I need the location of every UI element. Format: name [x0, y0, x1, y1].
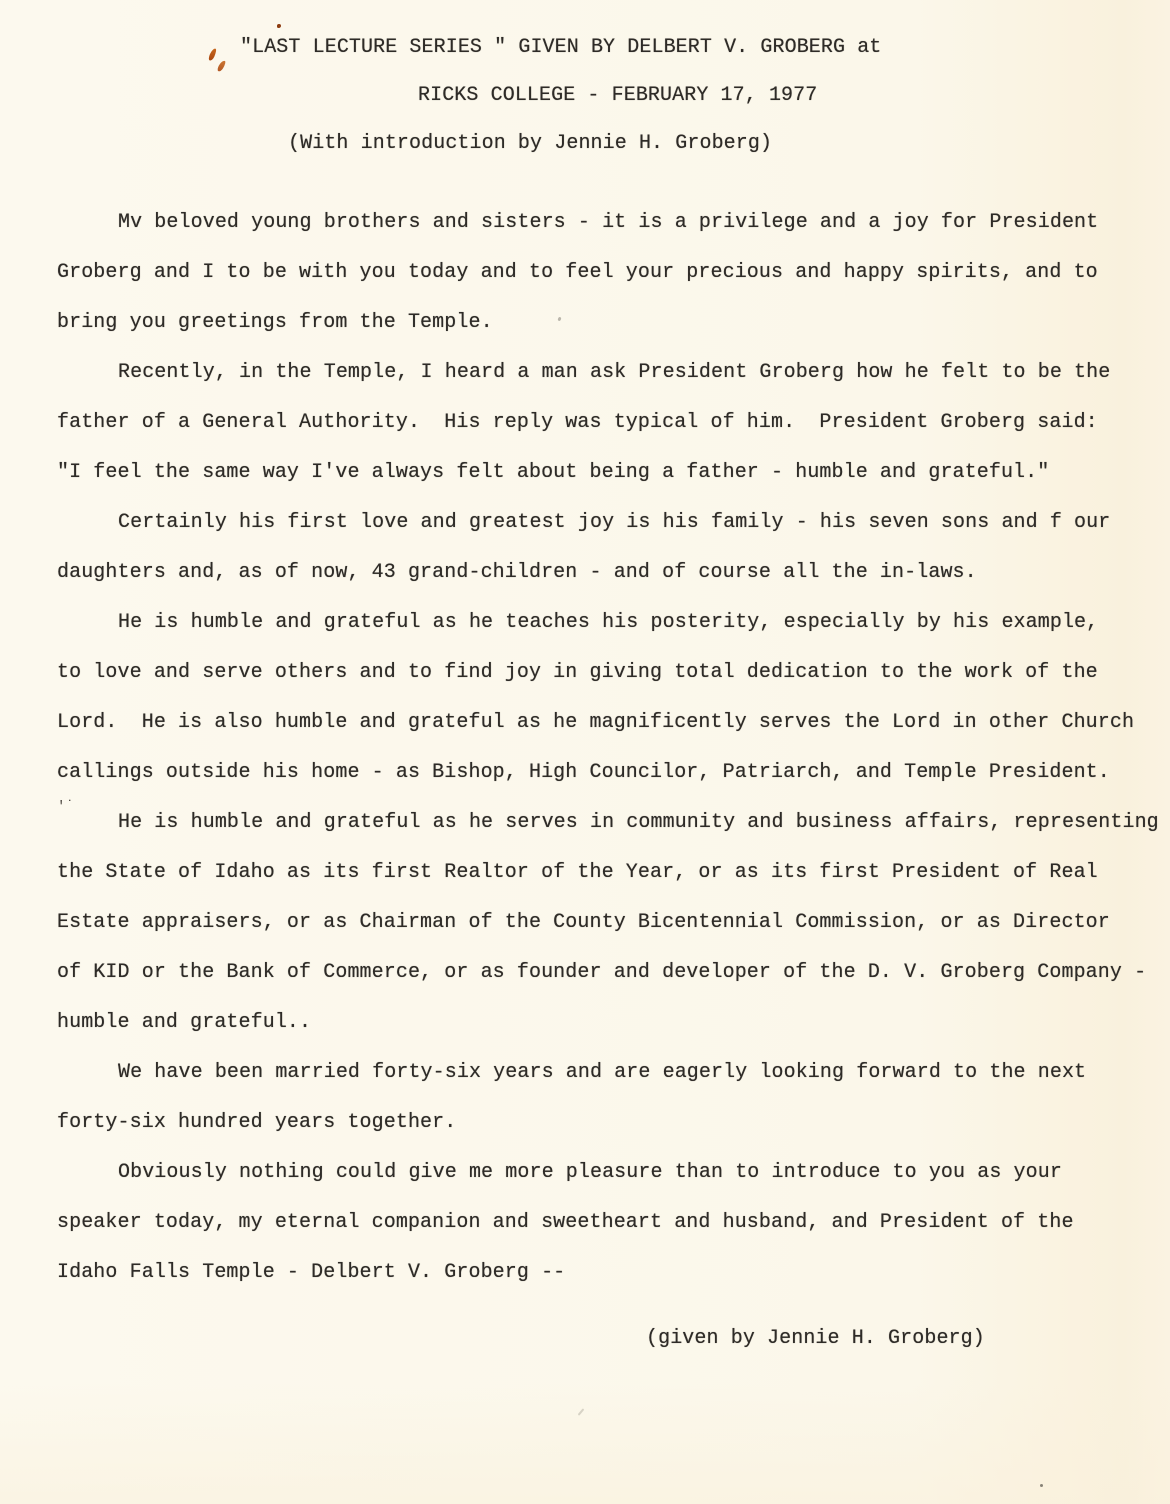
text-line: We have been married forty-six years and… [57, 1048, 1170, 1098]
text-line: Groberg and I to be with you today and t… [57, 248, 1170, 298]
text-line: Estate appraisers, or as Chairman of the… [57, 898, 1170, 948]
text-line: daughters and, as of now, 43 grand-child… [57, 548, 1170, 598]
text-line: Mv beloved young brothers and sisters - … [57, 198, 1170, 248]
text-line: Obviously nothing could give me more ple… [57, 1148, 1170, 1198]
paper-speck [578, 1408, 585, 1415]
text-line: callings outside his home - as Bishop, H… [57, 748, 1170, 798]
paragraph: We have been married forty-six years and… [0, 1048, 1170, 1148]
paragraph: Mv beloved young brothers and sisters - … [0, 198, 1170, 348]
document-title: "LAST LECTURE SERIES " GIVEN BY DELBERT … [0, 0, 1170, 168]
text-line: He is humble and grateful as he teaches … [57, 598, 1170, 648]
text-line: Certainly his first love and greatest jo… [57, 498, 1170, 548]
paragraph: Certainly his first love and greatest jo… [0, 498, 1170, 598]
document-page: '˙ "LAST LECTURE SERIES " GIVEN BY DELBE… [0, 0, 1170, 1504]
text-line: "I feel the same way I've always felt ab… [57, 448, 1170, 498]
text-line: to love and serve others and to find joy… [57, 648, 1170, 698]
document-body: Mv beloved young brothers and sisters - … [0, 198, 1170, 1364]
paragraph: Obviously nothing could give me more ple… [0, 1148, 1170, 1298]
text-line: the State of Idaho as its first Realtor … [57, 848, 1170, 898]
text-line: forty-six hundred years together. [57, 1098, 1170, 1148]
text-line: of KID or the Bank of Commerce, or as fo… [57, 948, 1170, 998]
paragraph: Recently, in the Temple, I heard a man a… [0, 348, 1170, 498]
paragraph: He is humble and grateful as he teaches … [0, 598, 1170, 798]
text-line: Lord. He is also humble and grateful as … [57, 698, 1170, 748]
text-line: Idaho Falls Temple - Delbert V. Groberg … [57, 1248, 1170, 1298]
attribution-line: (given by Jennie H. Groberg) [646, 1314, 1170, 1364]
text-line: Recently, in the Temple, I heard a man a… [57, 348, 1170, 398]
text-line: bring you greetings from the Temple. [57, 298, 1170, 348]
document-subtitle: (With introduction by Jennie H. Groberg) [288, 120, 1170, 168]
paragraph: He is humble and grateful as he serves i… [0, 798, 1170, 1048]
text-line: speaker today, my eternal companion and … [57, 1198, 1170, 1248]
paper-speck [1040, 1484, 1043, 1487]
text-line: He is humble and grateful as he serves i… [57, 798, 1170, 848]
margin-typo-mark: '˙ [57, 800, 74, 814]
document-title-line-2: RICKS COLLEGE - FEBRUARY 17, 1977 [418, 72, 1170, 120]
document-title-line-1: "LAST LECTURE SERIES " GIVEN BY DELBERT … [240, 24, 1170, 72]
text-line: humble and grateful.. [57, 998, 1170, 1048]
text-line: father of a General Authority. His reply… [57, 398, 1170, 448]
